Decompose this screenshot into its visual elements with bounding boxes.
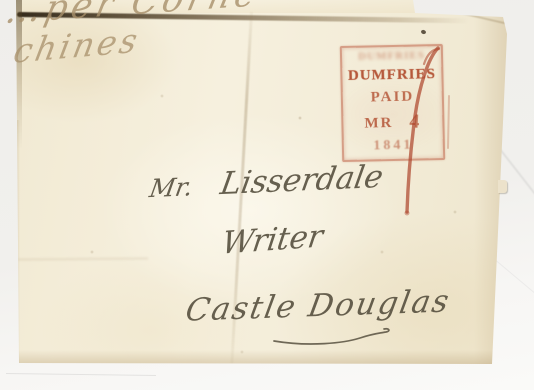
dumfries-paid-boxed-handstamp: DUMFRIES DUMFRIES PAID MR 4 1841 <box>340 44 445 162</box>
scanner-background-streak <box>6 373 156 376</box>
horizontal-crease <box>18 257 148 260</box>
handstamp-date-line: MR 4 <box>364 110 421 134</box>
handstamp-paid-line: PAID <box>370 88 414 106</box>
handstamp-year-line: 1841 <box>373 138 413 155</box>
left-edge-shadow <box>16 120 20 364</box>
bottom-edge-shading <box>18 350 496 364</box>
handstamp-town-line: DUMFRIES <box>348 66 436 85</box>
recipient-name: Lisserdale <box>218 159 386 202</box>
paper-edge-tab <box>498 180 507 193</box>
handstamp-month: MR <box>364 115 393 133</box>
handstamp-day: 4 <box>409 110 422 134</box>
recipient-honorific: Mr. <box>147 172 195 203</box>
scanned-postal-cover: …per Corne chines DUMFRIES DUMFRIES PAID… <box>0 0 534 390</box>
ink-spot <box>420 29 426 34</box>
address-line-occupation: Writer <box>220 218 326 261</box>
handstamp-ghost-line: DUMFRIES <box>358 49 425 62</box>
